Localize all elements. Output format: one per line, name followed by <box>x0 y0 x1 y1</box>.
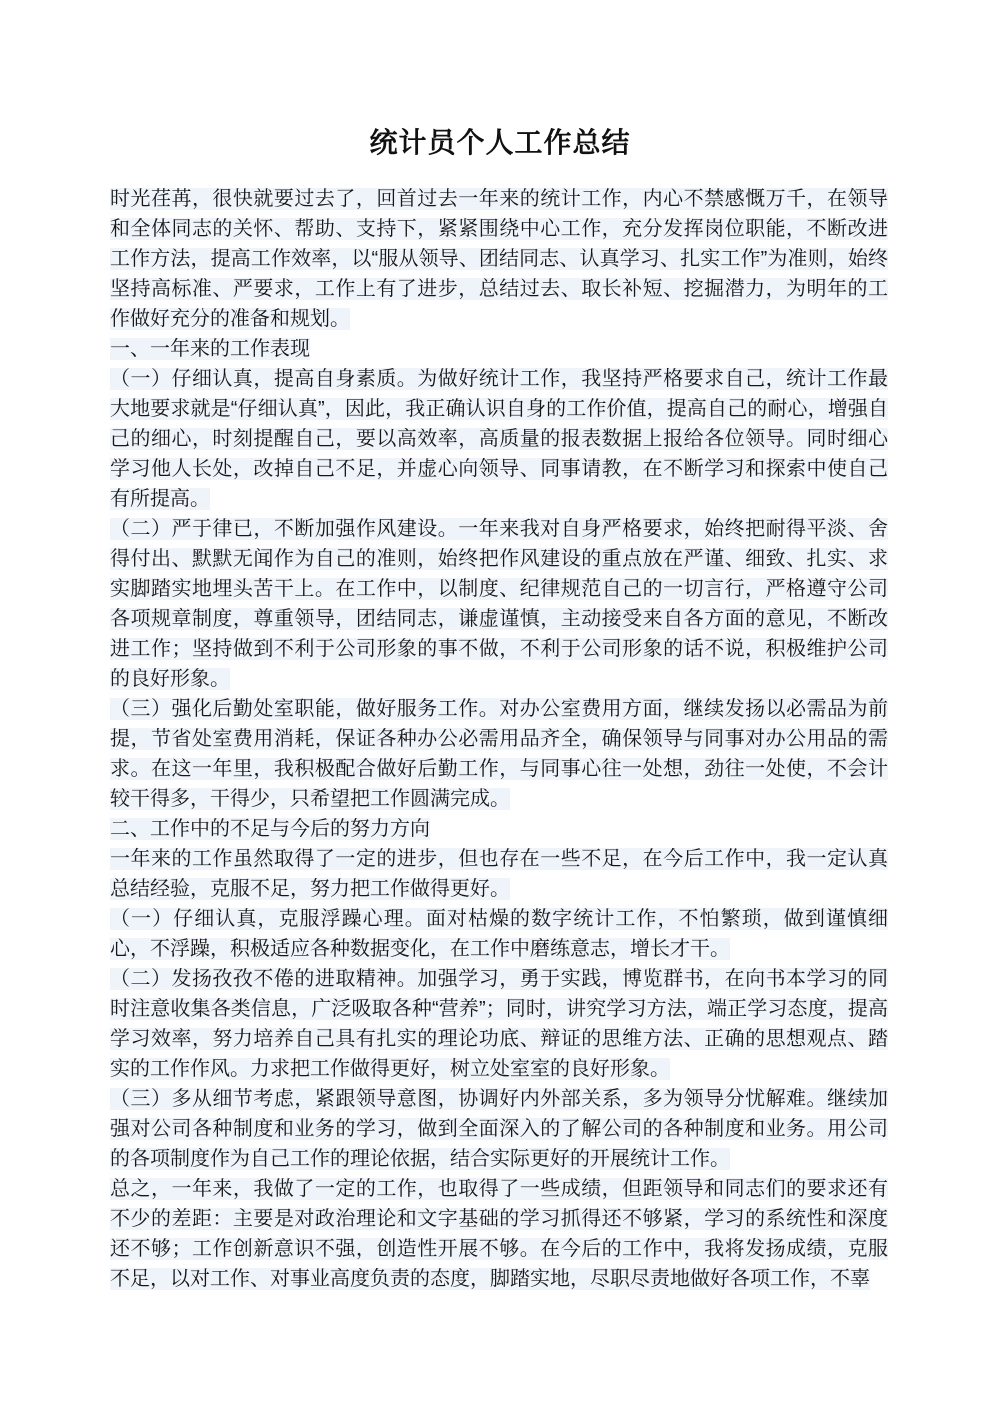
paragraph-text: 总之，一年来，我做了一定的工作，也取得了一些成绩，但距领导和同志们的要求还有不少… <box>110 1178 888 1290</box>
paragraph-section1-item3: （三）强化后勤处室职能，做好服务工作。对办公室费用方面，继续发扬以必需品为前提，… <box>110 694 888 814</box>
paragraph-text: （二）发扬孜孜不倦的进取精神。加强学习，勇于实践，博览群书，在向书本学习的同时注… <box>110 968 888 1080</box>
document-page: 统计员个人工作总结 时光荏苒，很快就要过去了，回首过去一年来的统计工作，内心不禁… <box>0 0 1000 1413</box>
paragraph-section2-item3: （三）多从细节考虑，紧跟领导意图，协调好内外部关系，多为领导分忧解难。继续加强对… <box>110 1084 888 1174</box>
paragraph-section1-item2: （二）严于律已，不断加强作风建设。一年来我对自身严格要求，始终把耐得平淡、舍得付… <box>110 514 888 694</box>
section-heading-1: 一、一年来的工作表现 <box>110 334 888 364</box>
section-heading-text: 一、一年来的工作表现 <box>110 338 310 360</box>
paragraph-intro: 时光荏苒，很快就要过去了，回首过去一年来的统计工作，内心不禁感慨万千，在领导和全… <box>110 184 888 334</box>
document-title: 统计员个人工作总结 <box>0 0 1000 162</box>
paragraph-text: 时光荏苒，很快就要过去了，回首过去一年来的统计工作，内心不禁感慨万千，在领导和全… <box>110 188 888 330</box>
paragraph-text: （三）多从细节考虑，紧跟领导意图，协调好内外部关系，多为领导分忧解难。继续加强对… <box>110 1088 888 1170</box>
paragraph-text: 一年来的工作虽然取得了一定的进步，但也存在一些不足，在今后工作中，我一定认真总结… <box>110 848 888 900</box>
paragraph-section2-intro: 一年来的工作虽然取得了一定的进步，但也存在一些不足，在今后工作中，我一定认真总结… <box>110 844 888 904</box>
section-heading-2: 二、工作中的不足与今后的努力方向 <box>110 814 888 844</box>
paragraph-section2-item2: （二）发扬孜孜不倦的进取精神。加强学习，勇于实践，博览群书，在向书本学习的同时注… <box>110 964 888 1084</box>
paragraph-text: （一）仔细认真，克服浮躁心理。面对枯燥的数字统计工作，不怕繁琐，做到谨慎细心，不… <box>110 908 888 960</box>
paragraph-section1-item1: （一）仔细认真，提高自身素质。为做好统计工作，我坚持严格要求自己，统计工作最大地… <box>110 364 888 514</box>
paragraph-conclusion: 总之，一年来，我做了一定的工作，也取得了一些成绩，但距领导和同志们的要求还有不少… <box>110 1174 888 1294</box>
document-body: 时光荏苒，很快就要过去了，回首过去一年来的统计工作，内心不禁感慨万千，在领导和全… <box>110 184 888 1294</box>
paragraph-text: （三）强化后勤处室职能，做好服务工作。对办公室费用方面，继续发扬以必需品为前提，… <box>110 698 888 810</box>
paragraph-text: （二）严于律已，不断加强作风建设。一年来我对自身严格要求，始终把耐得平淡、舍得付… <box>110 518 888 690</box>
paragraph-text: （一）仔细认真，提高自身素质。为做好统计工作，我坚持严格要求自己，统计工作最大地… <box>110 368 888 510</box>
paragraph-section2-item1: （一）仔细认真，克服浮躁心理。面对枯燥的数字统计工作，不怕繁琐，做到谨慎细心，不… <box>110 904 888 964</box>
section-heading-text: 二、工作中的不足与今后的努力方向 <box>110 818 430 840</box>
